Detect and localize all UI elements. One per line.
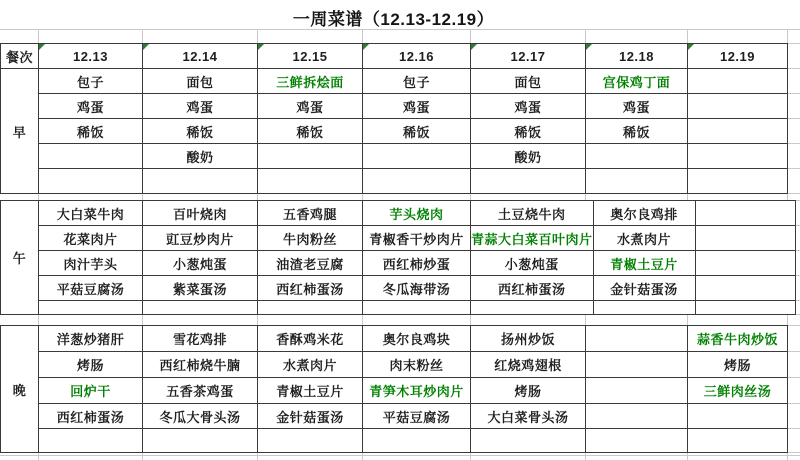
menu-cell[interactable]: 青笋木耳炒肉片 [363,378,471,404]
menu-cell[interactable]: 鸡蛋 [39,94,143,119]
menu-cell[interactable] [586,429,688,453]
menu-cell[interactable] [586,352,688,378]
menu-cell[interactable]: 油渣老豆腐 [258,251,363,276]
menu-block-dinner: 晚洋葱炒猪肝雪花鸡排香酥鸡米花奥尔良鸡块扬州炒饭蒜香牛肉炒饭烤肠西红柿烧牛腩水煮… [0,325,788,453]
menu-cell[interactable]: 稀饭 [363,119,471,144]
gridline [362,314,363,325]
menu-cell[interactable]: 鸡蛋 [258,94,363,119]
gridline [787,351,800,352]
gridline [585,193,586,200]
menu-cell[interactable] [258,144,363,169]
gridline [257,193,258,200]
menu-cell[interactable] [363,429,471,453]
error-indicator-icon [39,44,45,50]
menu-cell[interactable]: 鸡蛋 [471,94,586,119]
menu-cell[interactable]: 肉末粉丝 [363,352,471,378]
menu-cell[interactable]: 肉汁芋头 [39,251,143,276]
menu-cell[interactable] [688,144,788,169]
menu-cell[interactable]: 稀饭 [258,119,363,144]
gridline [787,168,800,169]
gridline [787,403,800,404]
menu-cell[interactable] [39,429,143,453]
menu-cell[interactable]: 三鲜拆烩面 [258,69,363,94]
gridline [470,314,471,325]
gridline [470,193,471,200]
error-indicator-icon [688,44,694,50]
menu-cell[interactable]: 雪花鸡排 [143,326,258,352]
menu-cell[interactable]: 金针菇蛋汤 [593,276,695,301]
menu-cell[interactable]: 西红柿蛋汤 [471,276,594,301]
menu-cell[interactable]: 五香茶鸡蛋 [143,378,258,404]
meal-label-breakfast[interactable]: 早 [1,69,39,194]
gridline [687,29,688,43]
menu-cell[interactable]: 小葱炖蛋 [143,251,258,276]
menu-cell[interactable]: 青椒土豆片 [593,251,695,276]
menu-cell[interactable] [258,429,363,453]
menu-cell[interactable]: 大白菜骨头汤 [471,404,586,429]
menu-cell[interactable]: 冬瓜大骨头汤 [143,404,258,429]
menu-cell[interactable]: 百叶烧肉 [143,201,258,226]
gridline [787,29,788,43]
gridline [142,314,143,325]
menu-cell[interactable] [586,378,688,404]
gridline [142,29,143,43]
gridline [787,29,800,30]
menu-cell[interactable] [695,226,795,251]
gridline [38,193,39,200]
menu-cell[interactable] [688,429,788,453]
gridline [257,29,258,43]
menu-cell[interactable]: 稀饭 [143,119,258,144]
gridline [0,29,800,30]
menu-cell[interactable]: 小葱炖蛋 [471,251,594,276]
menu-cell[interactable] [695,201,795,226]
gridline [787,314,788,325]
menu-cell[interactable] [258,169,363,194]
menu-cell[interactable]: 香酥鸡米花 [258,326,363,352]
menu-cell[interactable]: 酸奶 [471,144,586,169]
gridline [362,193,363,200]
menu-cell[interactable]: 三鲜肉丝汤 [688,378,788,404]
menu-cell[interactable] [586,144,688,169]
menu-cell[interactable]: 烤肠 [688,352,788,378]
menu-cell[interactable] [586,326,688,352]
menu-cell[interactable]: 回炉干 [39,378,143,404]
menu-cell[interactable] [143,301,258,315]
menu-cell[interactable]: 扬州炒饭 [471,326,586,352]
gridline [142,193,143,200]
menu-cell[interactable] [688,169,788,194]
gridline [787,93,800,94]
gridline [787,377,800,378]
menu-cell[interactable]: 平菇豆腐汤 [363,404,471,429]
menu-cell[interactable]: 红烧鸡翅根 [471,352,586,378]
menu-block-breakfast: 餐次12.1312.1412.1512.1612.1712.1812.19早包子… [0,43,788,194]
gridline [585,314,586,325]
menu-cell[interactable]: 洋葱炒猪肝 [39,326,143,352]
menu-cell[interactable]: 青蒜大白菜百叶肉片 [471,226,594,251]
gridline [787,193,800,194]
menu-cell[interactable]: 鸡蛋 [586,94,688,119]
gridline [687,314,688,325]
menu-cell[interactable] [688,119,788,144]
menu-cell[interactable]: 稀饭 [471,119,586,144]
menu-cell[interactable]: 水煮肉片 [258,352,363,378]
gridline [362,29,363,43]
menu-cell[interactable]: 金针菇蛋汤 [258,404,363,429]
menu-cell[interactable]: 五香鸡腿 [258,201,363,226]
gridline [687,193,688,200]
menu-cell[interactable] [143,429,258,453]
menu-cell[interactable]: 包子 [363,69,471,94]
menu-cell[interactable]: 西红柿烧牛腩 [143,352,258,378]
gridline [0,455,800,456]
gridline [257,314,258,325]
date-header-12.13[interactable]: 12.13 [39,44,143,69]
gridline [787,325,800,326]
menu-cell[interactable] [586,404,688,429]
menu-cell[interactable]: 土豆烧牛肉 [471,201,594,226]
menu-cell[interactable]: 紫菜蛋汤 [143,276,258,301]
date-header-12.17[interactable]: 12.17 [471,44,586,69]
menu-cell[interactable]: 平菇豆腐汤 [39,276,143,301]
menu-cell[interactable]: 鸡蛋 [143,94,258,119]
meal-label-lunch[interactable]: 午 [1,201,39,315]
menu-cell[interactable] [363,301,471,315]
error-indicator-icon [363,44,369,50]
menu-cell[interactable]: 豇豆炒肉片 [143,226,258,251]
menu-cell[interactable] [586,169,688,194]
weekly-menu-spreadsheet: 一周菜谱（12.13-12.19） 餐次12.1312.1412.1512.16… [0,0,800,460]
menu-cell[interactable] [688,94,788,119]
menu-cell[interactable]: 面包 [471,69,586,94]
menu-cell[interactable]: 西红柿蛋汤 [39,404,143,429]
menu-cell[interactable] [695,276,795,301]
date-header-12.16[interactable]: 12.16 [363,44,471,69]
menu-cell[interactable]: 青椒土豆片 [258,378,363,404]
gridline [585,29,586,43]
menu-cell[interactable] [363,144,471,169]
error-indicator-icon [471,44,477,50]
gridline [787,428,800,429]
gridline [787,118,800,119]
menu-cell[interactable]: 西红柿炒蛋 [363,251,471,276]
page-title: 一周菜谱（12.13-12.19） [0,5,787,30]
menu-cell[interactable] [39,144,143,169]
menu-cell[interactable]: 稀饭 [39,119,143,144]
gridline [787,68,800,69]
gridline [38,314,39,325]
menu-block-lunch: 午大白菜牛肉百叶烧肉五香鸡腿芋头烧肉土豆烧牛肉奥尔良鸡排花菜肉片豇豆炒肉片牛肉粉… [0,200,796,315]
menu-cell[interactable]: 青椒香干炒肉片 [363,226,471,251]
error-indicator-icon [586,44,592,50]
meal-period-header[interactable]: 餐次 [1,44,39,69]
menu-cell[interactable] [688,404,788,429]
menu-cell[interactable]: 西红柿蛋汤 [258,276,363,301]
menu-cell[interactable]: 包子 [39,69,143,94]
menu-cell[interactable]: 冬瓜海带汤 [363,276,471,301]
gridline [787,452,800,453]
menu-cell[interactable] [143,169,258,194]
error-indicator-icon [143,44,149,50]
menu-cell[interactable] [695,251,795,276]
menu-cell[interactable] [471,301,594,315]
menu-cell[interactable]: 稀饭 [586,119,688,144]
menu-cell[interactable] [593,301,695,315]
menu-cell[interactable]: 花菜肉片 [39,226,143,251]
menu-cell[interactable]: 牛肉粉丝 [258,226,363,251]
date-header-12.14[interactable]: 12.14 [143,44,258,69]
date-header-12.18[interactable]: 12.18 [586,44,688,69]
date-header-12.19[interactable]: 12.19 [688,44,788,69]
menu-cell[interactable]: 水煮肉片 [593,226,695,251]
gridline [787,43,800,44]
gridline [787,455,800,456]
menu-cell[interactable] [363,169,471,194]
menu-cell[interactable]: 大白菜牛肉 [39,201,143,226]
menu-cell[interactable]: 芋头烧肉 [363,201,471,226]
menu-cell[interactable]: 鸡蛋 [363,94,471,119]
menu-cell[interactable]: 蒜香牛肉炒饭 [688,326,788,352]
menu-cell[interactable] [471,169,586,194]
meal-label-dinner[interactable]: 晚 [1,326,39,453]
menu-cell[interactable] [258,301,363,315]
menu-cell[interactable]: 奥尔良鸡块 [363,326,471,352]
menu-cell[interactable] [471,429,586,453]
menu-cell[interactable]: 酸奶 [143,144,258,169]
date-header-12.15[interactable]: 12.15 [258,44,363,69]
menu-cell[interactable]: 烤肠 [39,352,143,378]
error-indicator-icon [258,44,264,50]
menu-cell[interactable] [688,69,788,94]
menu-cell[interactable]: 宫保鸡丁面 [586,69,688,94]
gridline [787,193,788,200]
gridline [38,29,39,43]
gridline [470,29,471,43]
menu-cell[interactable] [39,169,143,194]
menu-cell[interactable] [39,301,143,315]
menu-cell[interactable]: 奥尔良鸡排 [593,201,695,226]
menu-cell[interactable] [695,301,795,315]
gridline [787,143,800,144]
menu-cell[interactable]: 烤肠 [471,378,586,404]
menu-cell[interactable]: 面包 [143,69,258,94]
